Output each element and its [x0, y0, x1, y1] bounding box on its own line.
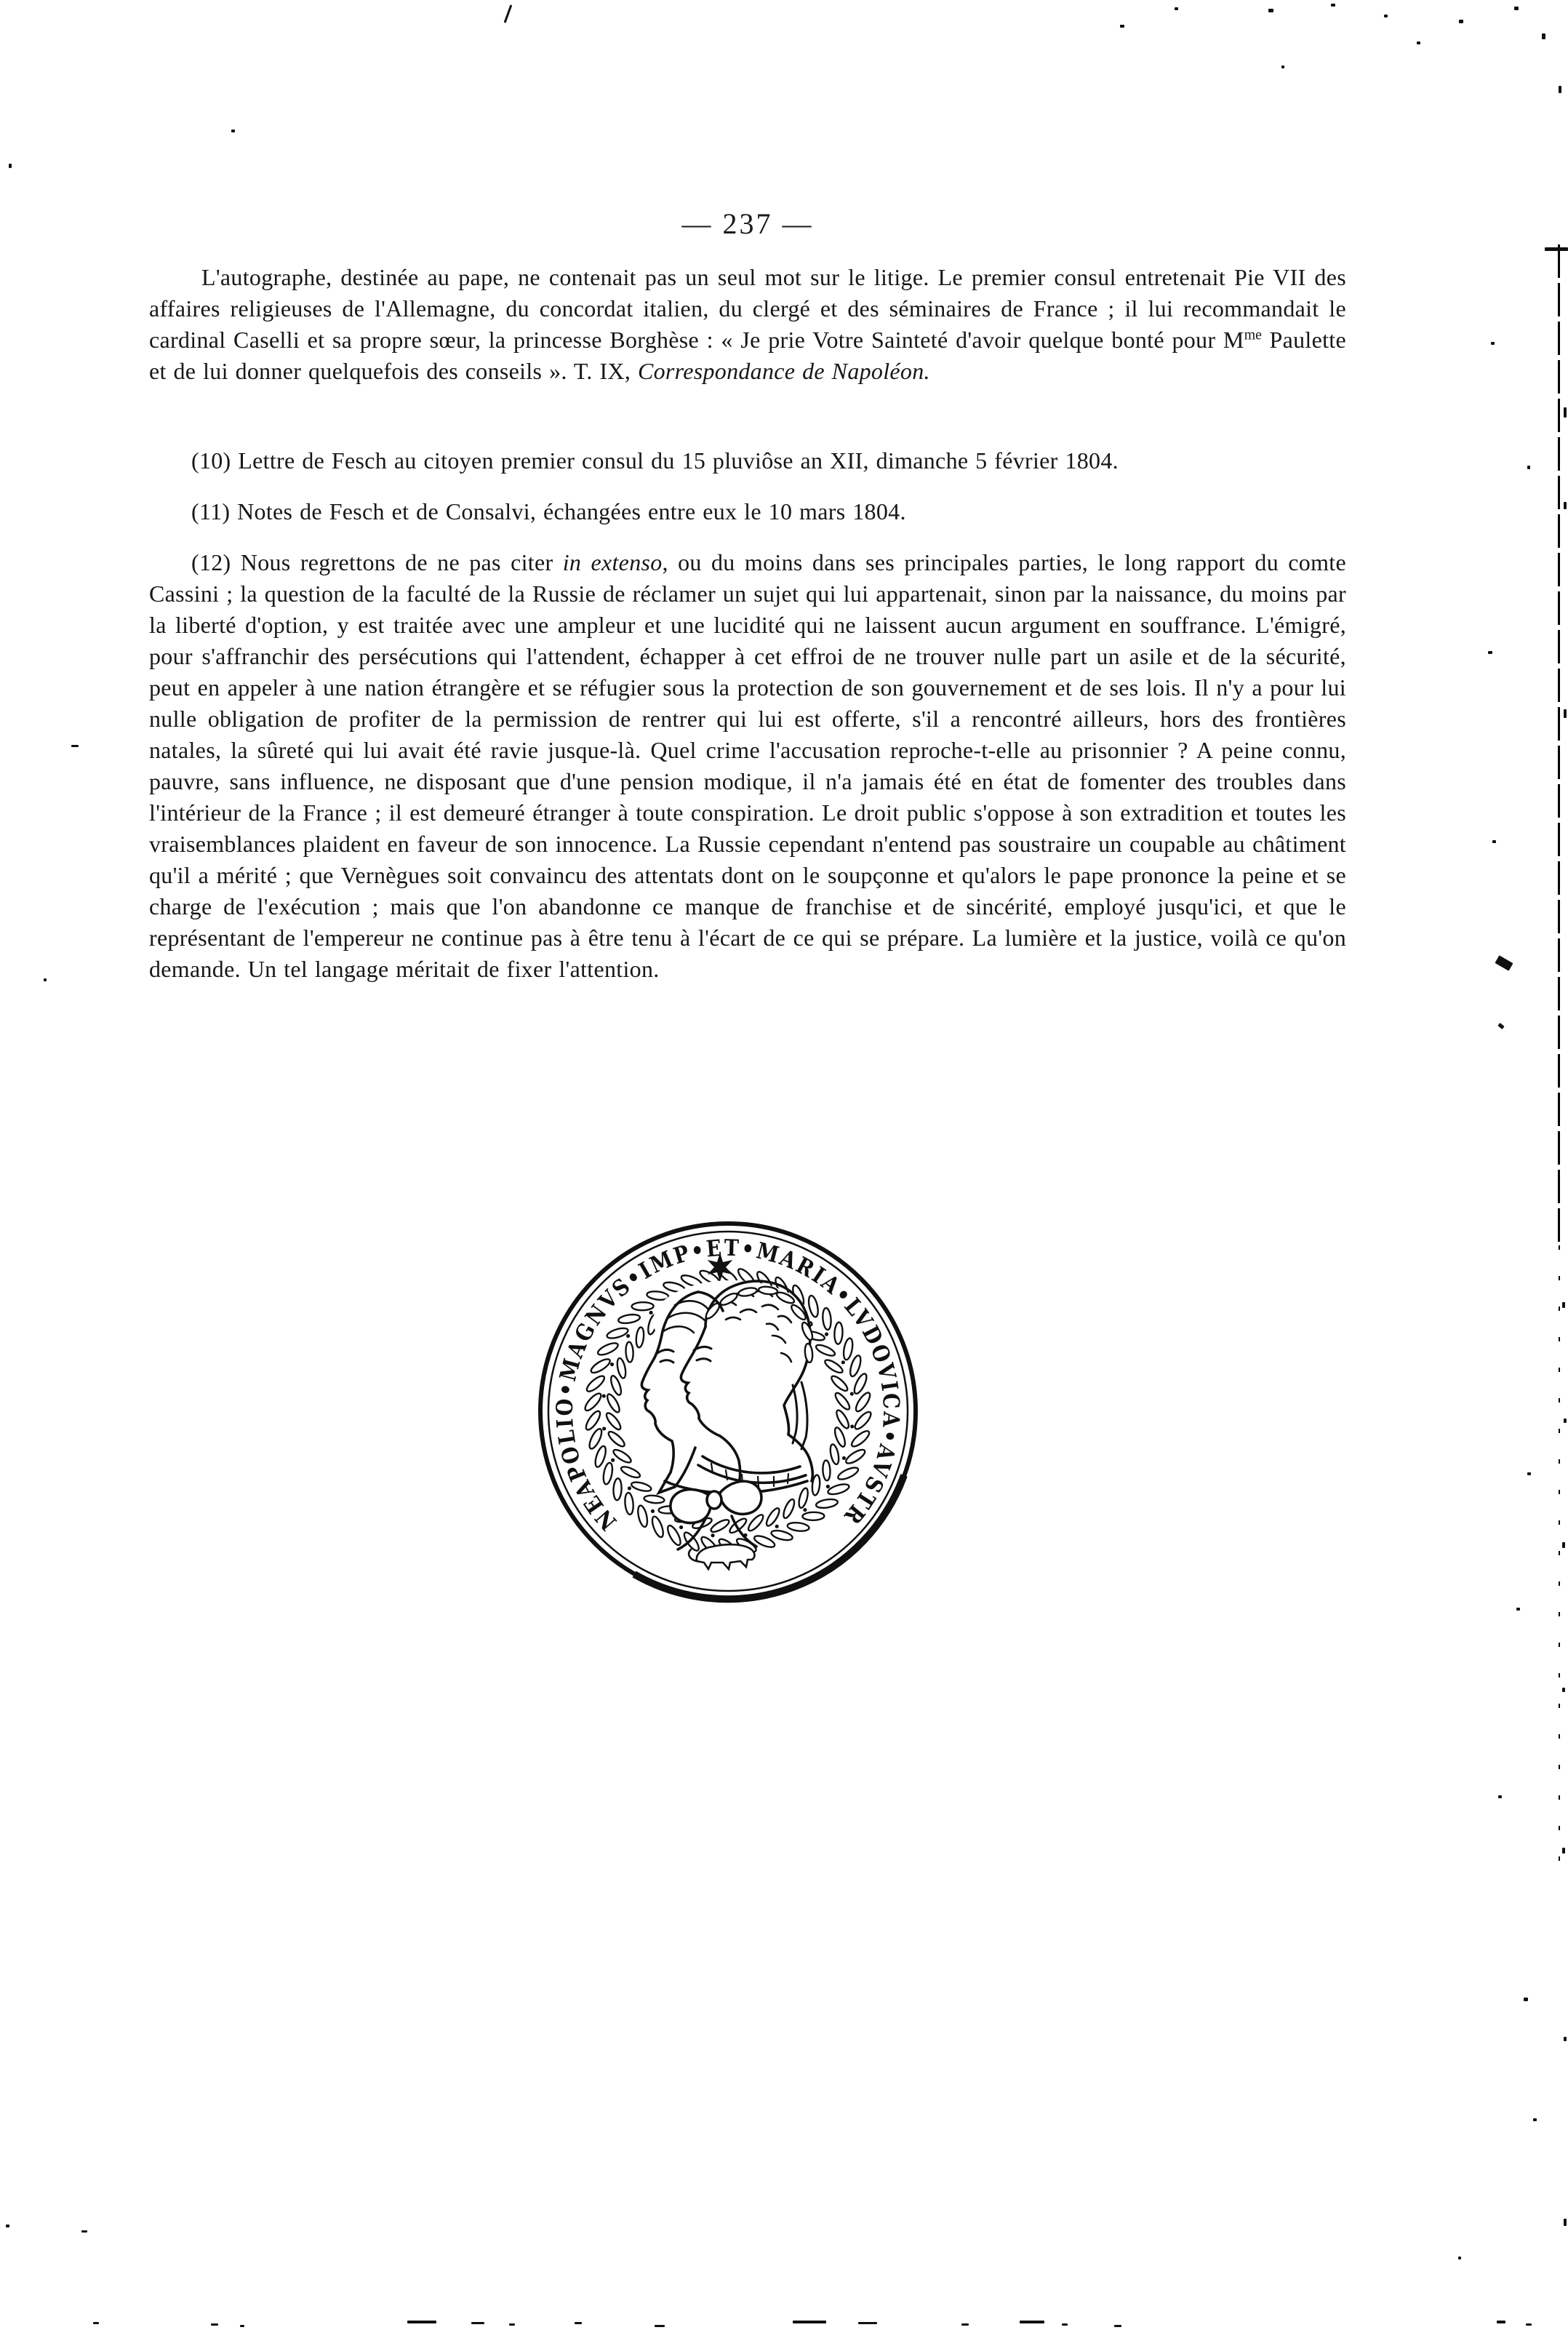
- scan-noise-speck: [93, 2322, 99, 2324]
- scan-noise-speck: [1459, 20, 1463, 23]
- scan-noise-speck: [793, 2321, 826, 2323]
- scan-noise-speck: [1175, 7, 1178, 10]
- scan-noise-speck: [1564, 502, 1567, 509]
- scan-noise-speck: [471, 2322, 484, 2324]
- intro-paragraph-text: L'autographe, destinée au pape, ne conte…: [149, 264, 1346, 353]
- footnote-12-latin-italic: in extenso: [563, 549, 663, 575]
- medallion-engraving: NEAPOLIO•MAGNVS•IMP•ET•MARIA•LVDOVICA•AV…: [522, 1210, 934, 1622]
- scan-noise-speck: [504, 4, 513, 23]
- footnote-12-label: (12): [191, 549, 231, 575]
- scan-noise-speck: [1559, 86, 1561, 93]
- scan-noise-speck: [858, 2322, 877, 2324]
- scan-noise-speck: [1526, 2323, 1532, 2326]
- scan-noise-speck: [1498, 1795, 1502, 1798]
- footnote-11-text: Notes de Fesch et de Consalvi, échangées…: [237, 498, 906, 524]
- scan-noise-speck: [1488, 651, 1492, 654]
- work-title-italic: Correspondance de Napoléon.: [638, 358, 930, 384]
- scan-noise-speck: [1458, 2257, 1461, 2259]
- scan-noise-speck: [1542, 33, 1545, 39]
- intro-paragraph: L'autographe, destinée au pape, ne conte…: [149, 262, 1346, 387]
- scan-noise-speck: [6, 2225, 9, 2227]
- scan-noise-speck: [1562, 1848, 1565, 1854]
- scan-noise-speck: [1020, 2321, 1044, 2323]
- scan-noise-speck: [655, 2325, 665, 2327]
- scanned-book-page: { "page_number": "— 237 —", "para1": { "…: [0, 0, 1568, 2330]
- footnote-10-label: (10): [191, 447, 231, 474]
- scan-noise-speck: [1562, 1302, 1565, 1308]
- scan-noise-speck: [1564, 2037, 1567, 2041]
- scan-noise-speck: [1281, 65, 1284, 68]
- scan-noise-speck: [1527, 466, 1530, 469]
- footnote-11-label: (11): [191, 498, 230, 524]
- scan-noise-speck: [71, 745, 79, 747]
- scan-noise-speck: [1524, 1998, 1528, 2001]
- footnote-11: (11) Notes de Fesch et de Consalvi, écha…: [149, 496, 1346, 527]
- scan-noise-speck: [1417, 41, 1420, 44]
- scan-noise-speck: [1495, 955, 1513, 970]
- scan-noise-speck: [1533, 2118, 1537, 2121]
- footnote-12: (12) Nous regrettons de ne pas citer in …: [149, 547, 1346, 985]
- scan-noise-speck: [1497, 1023, 1504, 1029]
- page-number: — 237 —: [149, 207, 1346, 241]
- scan-noise-speck: [1491, 342, 1495, 345]
- scan-noise-speck: [1331, 4, 1335, 7]
- bust-field: [636, 1280, 813, 1491]
- scan-noise-speck: [231, 129, 235, 132]
- superscript-me: me: [1244, 327, 1262, 343]
- scan-noise-speck: [1497, 2321, 1505, 2323]
- scan-noise-speck: [1564, 1419, 1567, 1423]
- scan-noise-speck: [407, 2321, 436, 2323]
- scan-noise-speck: [44, 978, 47, 981]
- scan-noise-speck: [575, 2322, 582, 2324]
- scan-noise-speck: [1516, 1608, 1520, 1611]
- scan-noise-speck: [1492, 840, 1496, 843]
- scan-noise-speck: [961, 2323, 969, 2326]
- footnote-10-text: Lettre de Fesch au citoyen premier consu…: [238, 447, 1119, 474]
- scan-noise-speck: [1514, 7, 1519, 10]
- scan-noise-speck: [1564, 709, 1567, 718]
- scan-noise-speck: [81, 2230, 87, 2233]
- scan-noise-speck: [1062, 2323, 1068, 2326]
- scan-noise-speck: [1562, 1688, 1565, 1692]
- scan-noise-speck: [1114, 2325, 1121, 2327]
- scan-noise-speck: [1545, 247, 1568, 251]
- scan-noise-speck: [1120, 25, 1124, 28]
- scan-noise-speck: [211, 2323, 218, 2326]
- scan-noise-speck: [1268, 9, 1273, 12]
- scan-noise-speck: [509, 2323, 515, 2326]
- scan-artifact-dotted-line: [1559, 1245, 1560, 1871]
- scan-noise-speck: [240, 2325, 244, 2327]
- scan-noise-speck: [1527, 1472, 1531, 1475]
- footnote-12-text-pre: Nous regrettons de ne pas citer: [241, 549, 563, 575]
- scan-artifact-line: [1558, 244, 1560, 1242]
- scan-noise-speck: [1564, 2219, 1567, 2226]
- footnote-10: (10) Lettre de Fesch au citoyen premier …: [149, 445, 1346, 476]
- footnote-12-text-post: , ou du moins dans ses principales parti…: [149, 549, 1346, 982]
- scan-noise-speck: [1384, 15, 1388, 17]
- scan-noise-speck: [9, 164, 12, 168]
- scan-noise-speck: [1562, 1542, 1565, 1548]
- scan-noise-speck: [1564, 407, 1567, 418]
